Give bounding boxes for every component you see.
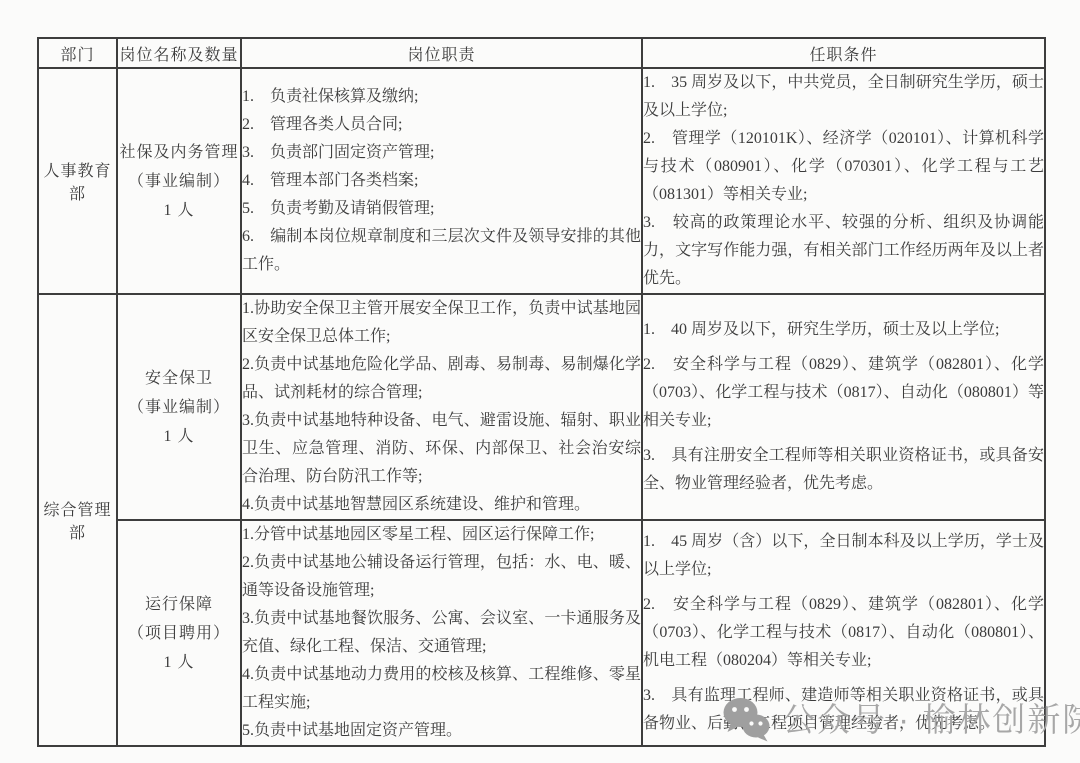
column-header-position: 岗位名称及数量 — [117, 38, 241, 68]
department-cell-merged: 综合管理部 — [38, 294, 117, 746]
watermark-label: 公众号 · 榆林创新院 — [782, 703, 1080, 736]
requirement-item: 2. 安全科学与工程（0829）、建筑学（082801）、化学（0703）、化学… — [643, 591, 1044, 675]
duty-item: 1. 负责社保核算及缴纳; — [242, 83, 641, 111]
recruitment-table: 部门 岗位名称及数量 岗位职责 任职条件 人事教育部 社保及内务管理 （事业编制… — [37, 37, 1046, 747]
requirement-item: 3. 较高的政策理论水平、较强的分析、组织及协调能力，文字写作能力强，有相关部门… — [643, 209, 1044, 293]
duty-item: 4. 管理本部门各类档案; — [242, 167, 641, 195]
position-name: 安全保卫 — [118, 364, 240, 393]
duty-item: 2.负责中试基地危险化学品、剧毒、易制毒、易制爆化学品、试剂耗材的综合管理; — [242, 351, 641, 407]
duty-item: 3.负责中试基地餐饮服务、公寓、会议室、一卡通服务及充值、绿化工程、保洁、交通管… — [242, 605, 641, 661]
requirement-item: 2. 安全科学与工程（0829）、建筑学（082801）、化学（0703）、化学… — [643, 351, 1044, 435]
position-cell: 运行保障 （项目聘用） 1 人 — [117, 520, 241, 746]
requirement-item: 3. 具有注册安全工程师等相关职业资格证书，或具备安全、物业管理经验者，优先考虑… — [643, 442, 1044, 498]
table-row: 综合管理部 安全保卫 （事业编制） 1 人 1.协助安全保卫主管开展安全保卫工作… — [38, 294, 1045, 520]
position-type: （事业编制） — [118, 167, 240, 196]
table-header-row: 部门 岗位名称及数量 岗位职责 任职条件 — [38, 38, 1045, 68]
position-name: 社保及内务管理 — [118, 138, 240, 167]
duty-item: 2.负责中试基地公辅设备运行管理，包括：水、电、暖、通等设备设施管理; — [242, 549, 641, 605]
duty-item: 1.分管中试基地园区零星工程、园区运行保障工作; — [242, 521, 641, 549]
duty-item: 4.负责中试基地智慧园区系统建设、维护和管理。 — [242, 491, 641, 519]
scanned-document-page: 部门 岗位名称及数量 岗位职责 任职条件 人事教育部 社保及内务管理 （事业编制… — [0, 0, 1080, 763]
department-cell: 人事教育部 — [38, 68, 117, 294]
duty-item: 6. 编制本岗位规章制度和三层次文件及领导安排的其他工作。 — [242, 223, 641, 279]
position-type: （项目聘用） — [118, 619, 240, 648]
column-header-requirements: 任职条件 — [642, 38, 1045, 68]
position-type: （事业编制） — [118, 393, 240, 422]
duty-item: 4.负责中试基地动力费用的校核及核算、工程维修、零星工程实施; — [242, 661, 641, 717]
duty-item: 5. 负责考勤及请销假管理; — [242, 195, 641, 223]
duty-item: 2. 管理各类人员合同; — [242, 111, 641, 139]
duty-item: 5.负责中试基地固定资产管理。 — [242, 717, 641, 745]
requirement-item: 1. 45 周岁（含）以下，全日制本科及以上学历，学士及以上学位; — [643, 528, 1044, 584]
column-header-duties: 岗位职责 — [241, 38, 642, 68]
requirement-item: 1. 40 周岁及以下，研究生学历，硕士及以上学位; — [643, 316, 1044, 344]
duties-cell: 1.协助安全保卫主管开展安全保卫工作，负责中试基地园区安全保卫总体工作; 2.负… — [241, 294, 642, 520]
position-count: 1 人 — [118, 648, 240, 677]
watermark: 公众号 · 榆林创新院 — [722, 696, 1080, 742]
requirements-cell: 1. 40 周岁及以下，研究生学历，硕士及以上学位; 2. 安全科学与工程（08… — [642, 294, 1045, 520]
duty-item: 3.负责中试基地特种设备、电气、避雷设施、辐射、职业卫生、应急管理、消防、环保、… — [242, 407, 641, 491]
duties-cell: 1. 负责社保核算及缴纳; 2. 管理各类人员合同; 3. 负责部门固定资产管理… — [241, 68, 642, 294]
requirements-cell: 1. 35 周岁及以下，中共党员，全日制研究生学历，硕士及以上学位; 2. 管理… — [642, 68, 1045, 294]
wechat-icon — [722, 696, 770, 742]
table-row: 人事教育部 社保及内务管理 （事业编制） 1 人 1. 负责社保核算及缴纳; 2… — [38, 68, 1045, 294]
requirement-item: 1. 35 周岁及以下，中共党员，全日制研究生学历，硕士及以上学位; — [643, 69, 1044, 125]
position-cell: 安全保卫 （事业编制） 1 人 — [117, 294, 241, 520]
duty-item: 1.协助安全保卫主管开展安全保卫工作，负责中试基地园区安全保卫总体工作; — [242, 295, 641, 351]
position-count: 1 人 — [118, 196, 240, 225]
duties-cell: 1.分管中试基地园区零星工程、园区运行保障工作; 2.负责中试基地公辅设备运行管… — [241, 520, 642, 746]
requirement-item: 2. 管理学（120101K）、经济学（020101）、计算机科学与技术（080… — [643, 125, 1044, 209]
position-count: 1 人 — [118, 422, 240, 451]
column-header-department: 部门 — [38, 38, 117, 68]
position-name: 运行保障 — [118, 590, 240, 619]
position-cell: 社保及内务管理 （事业编制） 1 人 — [117, 68, 241, 294]
duty-item: 3. 负责部门固定资产管理; — [242, 139, 641, 167]
